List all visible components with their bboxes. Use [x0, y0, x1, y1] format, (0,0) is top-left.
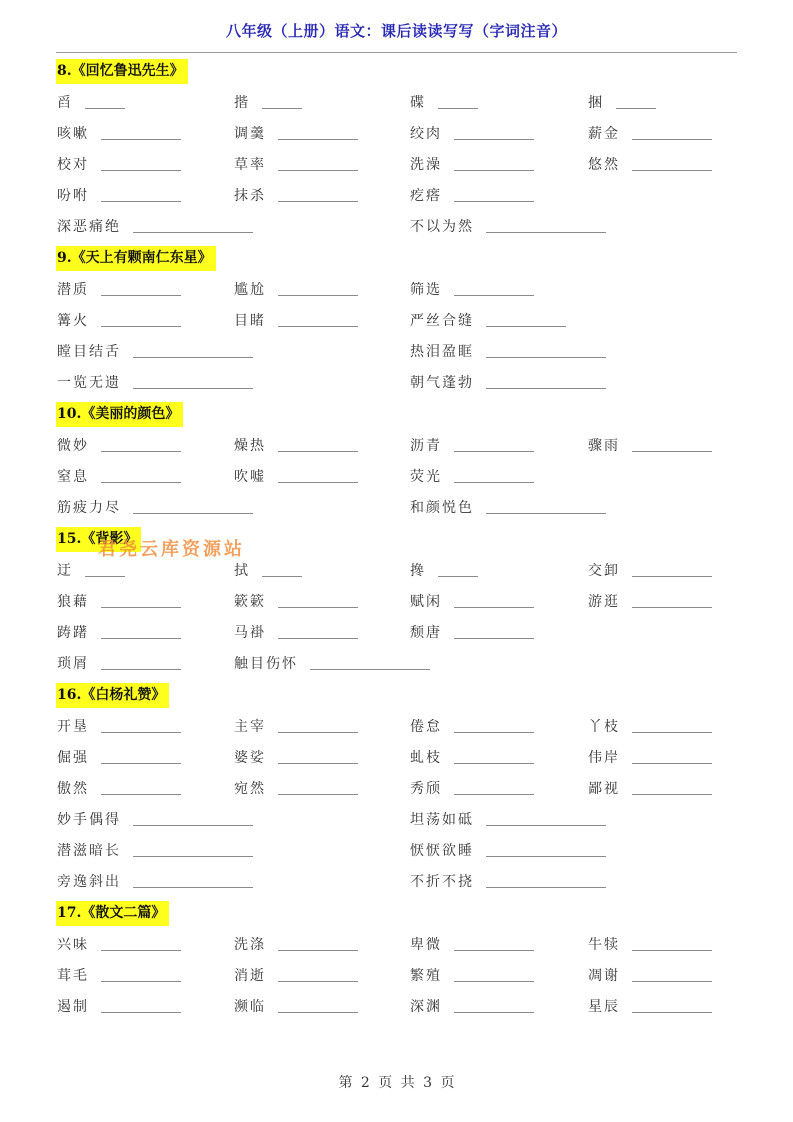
answer-blank[interactable]: [454, 201, 534, 202]
word-label: 牛犊: [588, 935, 620, 955]
word-label: 妙手偶得: [57, 810, 121, 830]
word-item: 触目伤怀: [234, 654, 430, 674]
word-label: 热泪盈眶: [410, 342, 474, 362]
watermark-text: 君尧云库资源站: [98, 535, 245, 561]
word-item: 消逝: [234, 966, 358, 986]
word-item: 绞肉: [410, 124, 534, 144]
word-item: 搀: [410, 561, 478, 581]
answer-blank[interactable]: [278, 607, 358, 608]
answer-blank[interactable]: [101, 981, 181, 982]
word-item: 洗涤: [234, 935, 358, 955]
answer-blank[interactable]: [454, 139, 534, 140]
word-label: 吹嘘: [234, 467, 266, 487]
answer-blank[interactable]: [101, 669, 181, 670]
word-label: 不以为然: [410, 217, 474, 237]
word-label: 绞肉: [410, 124, 442, 144]
word-label: 筛选: [410, 280, 442, 300]
word-label: 触目伤怀: [234, 654, 298, 674]
word-label: 迂: [57, 561, 73, 581]
answer-blank[interactable]: [632, 576, 712, 577]
answer-blank[interactable]: [133, 856, 253, 857]
word-label: 搀: [410, 561, 426, 581]
word-label: 一览无遗: [57, 373, 121, 393]
answer-blank[interactable]: [486, 513, 606, 514]
word-label: 深恶痛绝: [57, 217, 121, 237]
word-label: 繁殖: [410, 966, 442, 986]
word-label: 丫枝: [588, 717, 620, 737]
word-item: 严丝合缝: [410, 311, 566, 331]
answer-blank[interactable]: [486, 232, 606, 233]
word-item: 丫枝: [588, 717, 712, 737]
word-item: 鄙视: [588, 779, 712, 799]
word-label: 筋疲力尽: [57, 498, 121, 518]
word-label: 潜滋暗长: [57, 841, 121, 861]
word-label: 琐屑: [57, 654, 89, 674]
word-label: 婆娑: [234, 748, 266, 768]
word-label: 洗澡: [410, 155, 442, 175]
word-label: 交卸: [588, 561, 620, 581]
word-label: 踌躇: [57, 623, 89, 643]
answer-blank[interactable]: [454, 295, 534, 296]
word-label: 倦怠: [410, 717, 442, 737]
word-item: 遏制: [57, 997, 181, 1017]
section-title: 8.《回忆鲁迅先生》: [56, 59, 188, 84]
answer-blank[interactable]: [101, 763, 181, 764]
answer-blank[interactable]: [278, 295, 358, 296]
answer-blank[interactable]: [486, 326, 566, 327]
word-item: 不折不挠: [410, 872, 606, 892]
answer-blank[interactable]: [486, 825, 606, 826]
word-item: 碟: [410, 93, 478, 113]
word-label: 骤雨: [588, 436, 620, 456]
answer-blank[interactable]: [486, 357, 606, 358]
answer-blank[interactable]: [632, 981, 712, 982]
word-item: 潜质: [57, 280, 181, 300]
word-label: 严丝合缝: [410, 311, 474, 331]
answer-blank[interactable]: [278, 201, 358, 202]
word-item: 狼藉: [57, 592, 181, 612]
answer-blank[interactable]: [632, 950, 712, 951]
answer-blank[interactable]: [278, 763, 358, 764]
word-label: 草率: [234, 155, 266, 175]
word-label: 朝气蓬勃: [410, 373, 474, 393]
word-item: 燥热: [234, 436, 358, 456]
answer-blank[interactable]: [101, 607, 181, 608]
word-item: 抹杀: [234, 186, 358, 206]
header-divider: [56, 52, 737, 53]
word-label: 窒息: [57, 467, 89, 487]
answer-blank[interactable]: [454, 981, 534, 982]
word-item: 拭: [234, 561, 302, 581]
word-item: 骤雨: [588, 436, 712, 456]
word-label: 洗涤: [234, 935, 266, 955]
answer-blank[interactable]: [632, 170, 712, 171]
word-label: 秀颀: [410, 779, 442, 799]
section-title: 9.《天上有颗南仁东星》: [56, 246, 216, 271]
answer-blank[interactable]: [101, 482, 181, 483]
word-label: 簌簌: [234, 592, 266, 612]
word-item: 游逛: [588, 592, 712, 612]
word-item: 沥青: [410, 436, 534, 456]
word-item: 踌躇: [57, 623, 181, 643]
answer-blank[interactable]: [486, 388, 606, 389]
answer-blank[interactable]: [85, 576, 125, 577]
word-label: 卑微: [410, 935, 442, 955]
word-item: 赋闲: [410, 592, 534, 612]
section-title: 10.《美丽的颜色》: [56, 402, 183, 427]
answer-blank[interactable]: [438, 108, 478, 109]
word-item: 朝气蓬勃: [410, 373, 606, 393]
page-header-title: 八年级（上册）语文：课后读读写写（字词注音）: [0, 20, 793, 41]
word-label: 碟: [410, 93, 426, 113]
answer-blank[interactable]: [278, 482, 358, 483]
answer-blank[interactable]: [101, 794, 181, 795]
word-item: 簌簌: [234, 592, 358, 612]
word-item: 筛选: [410, 280, 534, 300]
word-label: 吩咐: [57, 186, 89, 206]
word-item: 揩: [234, 93, 302, 113]
word-label: 沥青: [410, 436, 442, 456]
answer-blank[interactable]: [616, 108, 656, 109]
word-label: 燥热: [234, 436, 266, 456]
word-label: 悠然: [588, 155, 620, 175]
word-item: 调羹: [234, 124, 358, 144]
word-label: 舀: [57, 93, 73, 113]
word-item: 倔强: [57, 748, 181, 768]
answer-blank[interactable]: [278, 139, 358, 140]
word-item: 坦荡如砥: [410, 810, 606, 830]
answer-blank[interactable]: [262, 576, 302, 577]
answer-blank[interactable]: [101, 638, 181, 639]
answer-blank[interactable]: [133, 357, 253, 358]
answer-blank[interactable]: [278, 981, 358, 982]
answer-blank[interactable]: [278, 1012, 358, 1013]
word-item: 荧光: [410, 467, 534, 487]
word-label: 捆: [588, 93, 604, 113]
word-item: 秀颀: [410, 779, 534, 799]
word-label: 疙瘩: [410, 186, 442, 206]
word-item: 草率: [234, 155, 358, 175]
page-number-footer: 第 2 页 共 3 页: [0, 1072, 793, 1092]
word-label: 鄙视: [588, 779, 620, 799]
answer-blank[interactable]: [632, 607, 712, 608]
answer-blank[interactable]: [454, 763, 534, 764]
answer-blank[interactable]: [278, 794, 358, 795]
answer-blank[interactable]: [101, 139, 181, 140]
word-label: 旁逸斜出: [57, 872, 121, 892]
answer-blank[interactable]: [101, 1012, 181, 1013]
word-item: 薪金: [588, 124, 712, 144]
word-label: 微妙: [57, 436, 89, 456]
word-label: 马褂: [234, 623, 266, 643]
answer-blank[interactable]: [454, 950, 534, 951]
section-title: 16.《白杨礼赞》: [56, 683, 169, 708]
word-label: 茸毛: [57, 966, 89, 986]
answer-blank[interactable]: [278, 170, 358, 171]
answer-blank[interactable]: [632, 763, 712, 764]
word-item: 宛然: [234, 779, 358, 799]
answer-blank[interactable]: [278, 638, 358, 639]
word-item: 茸毛: [57, 966, 181, 986]
word-item: 捆: [588, 93, 656, 113]
word-item: 窒息: [57, 467, 181, 487]
word-item: 深恶痛绝: [57, 217, 253, 237]
word-item: 颓唐: [410, 623, 534, 643]
answer-blank[interactable]: [632, 1012, 712, 1013]
word-label: 深渊: [410, 997, 442, 1017]
word-label: 伟岸: [588, 748, 620, 768]
word-item: 悠然: [588, 155, 712, 175]
word-label: 消逝: [234, 966, 266, 986]
answer-blank[interactable]: [454, 607, 534, 608]
word-label: 潜质: [57, 280, 89, 300]
word-item: 咳嗽: [57, 124, 181, 144]
answer-blank[interactable]: [632, 451, 712, 452]
word-item: 深渊: [410, 997, 534, 1017]
answer-blank[interactable]: [486, 856, 606, 857]
word-label: 目睹: [234, 311, 266, 331]
word-item: 恹恹欲睡: [410, 841, 606, 861]
word-item: 热泪盈眶: [410, 342, 606, 362]
word-item: 尴尬: [234, 280, 358, 300]
word-label: 荧光: [410, 467, 442, 487]
word-item: 婆娑: [234, 748, 358, 768]
answer-blank[interactable]: [101, 732, 181, 733]
word-item: 濒临: [234, 997, 358, 1017]
answer-blank[interactable]: [454, 638, 534, 639]
word-item: 马褂: [234, 623, 358, 643]
word-item: 琐屑: [57, 654, 181, 674]
word-label: 颓唐: [410, 623, 442, 643]
answer-blank[interactable]: [278, 950, 358, 951]
word-item: 不以为然: [410, 217, 606, 237]
word-item: 潜滋暗长: [57, 841, 253, 861]
word-label: 宛然: [234, 779, 266, 799]
word-item: 微妙: [57, 436, 181, 456]
word-item: 兴味: [57, 935, 181, 955]
word-item: 虬枝: [410, 748, 534, 768]
answer-blank[interactable]: [454, 1012, 534, 1013]
answer-blank[interactable]: [262, 108, 302, 109]
word-item: 一览无遗: [57, 373, 253, 393]
word-item: 妙手偶得: [57, 810, 253, 830]
word-label: 恹恹欲睡: [410, 841, 474, 861]
answer-blank[interactable]: [278, 451, 358, 452]
word-label: 凋谢: [588, 966, 620, 986]
word-label: 抹杀: [234, 186, 266, 206]
word-label: 瞠目结舌: [57, 342, 121, 362]
word-item: 主宰: [234, 717, 358, 737]
word-label: 揩: [234, 93, 250, 113]
word-label: 濒临: [234, 997, 266, 1017]
answer-blank[interactable]: [632, 139, 712, 140]
answer-blank[interactable]: [310, 669, 430, 670]
answer-blank[interactable]: [278, 326, 358, 327]
word-item: 卑微: [410, 935, 534, 955]
word-label: 和颜悦色: [410, 498, 474, 518]
answer-blank[interactable]: [133, 513, 253, 514]
word-item: 交卸: [588, 561, 712, 581]
word-item: 疙瘩: [410, 186, 534, 206]
answer-blank[interactable]: [632, 794, 712, 795]
answer-blank[interactable]: [101, 451, 181, 452]
answer-blank[interactable]: [632, 732, 712, 733]
word-label: 倔强: [57, 748, 89, 768]
answer-blank[interactable]: [454, 794, 534, 795]
word-label: 兴味: [57, 935, 89, 955]
word-item: 倦怠: [410, 717, 534, 737]
word-item: 吩咐: [57, 186, 181, 206]
word-label: 虬枝: [410, 748, 442, 768]
answer-blank[interactable]: [85, 108, 125, 109]
word-label: 星辰: [588, 997, 620, 1017]
answer-blank[interactable]: [101, 170, 181, 171]
word-item: 目睹: [234, 311, 358, 331]
word-label: 遏制: [57, 997, 89, 1017]
word-item: 瞠目结舌: [57, 342, 253, 362]
word-item: 星辰: [588, 997, 712, 1017]
word-label: 拭: [234, 561, 250, 581]
answer-blank[interactable]: [101, 326, 181, 327]
word-item: 迂: [57, 561, 125, 581]
word-label: 傲然: [57, 779, 89, 799]
word-label: 薪金: [588, 124, 620, 144]
word-item: 凋谢: [588, 966, 712, 986]
word-item: 和颜悦色: [410, 498, 606, 518]
answer-blank[interactable]: [454, 732, 534, 733]
section-title: 17.《散文二篇》: [56, 901, 169, 926]
word-label: 游逛: [588, 592, 620, 612]
answer-blank[interactable]: [133, 388, 253, 389]
answer-blank[interactable]: [133, 825, 253, 826]
answer-blank[interactable]: [454, 482, 534, 483]
word-item: 舀: [57, 93, 125, 113]
word-label: 狼藉: [57, 592, 89, 612]
word-item: 繁殖: [410, 966, 534, 986]
word-label: 调羹: [234, 124, 266, 144]
word-label: 主宰: [234, 717, 266, 737]
word-item: 傲然: [57, 779, 181, 799]
word-label: 坦荡如砥: [410, 810, 474, 830]
word-label: 尴尬: [234, 280, 266, 300]
answer-blank[interactable]: [454, 451, 534, 452]
word-item: 伟岸: [588, 748, 712, 768]
word-label: 篝火: [57, 311, 89, 331]
answer-blank[interactable]: [133, 887, 253, 888]
answer-blank[interactable]: [133, 232, 253, 233]
word-label: 咳嗽: [57, 124, 89, 144]
word-item: 牛犊: [588, 935, 712, 955]
answer-blank[interactable]: [486, 887, 606, 888]
word-item: 筋疲力尽: [57, 498, 253, 518]
word-item: 旁逸斜出: [57, 872, 253, 892]
answer-blank[interactable]: [101, 295, 181, 296]
answer-blank[interactable]: [101, 950, 181, 951]
word-item: 吹嘘: [234, 467, 358, 487]
answer-blank[interactable]: [454, 170, 534, 171]
word-label: 校对: [57, 155, 89, 175]
word-label: 不折不挠: [410, 872, 474, 892]
word-label: 开垦: [57, 717, 89, 737]
word-label: 赋闲: [410, 592, 442, 612]
answer-blank[interactable]: [101, 201, 181, 202]
word-item: 篝火: [57, 311, 181, 331]
word-item: 校对: [57, 155, 181, 175]
word-item: 洗澡: [410, 155, 534, 175]
answer-blank[interactable]: [438, 576, 478, 577]
answer-blank[interactable]: [278, 732, 358, 733]
word-item: 开垦: [57, 717, 181, 737]
